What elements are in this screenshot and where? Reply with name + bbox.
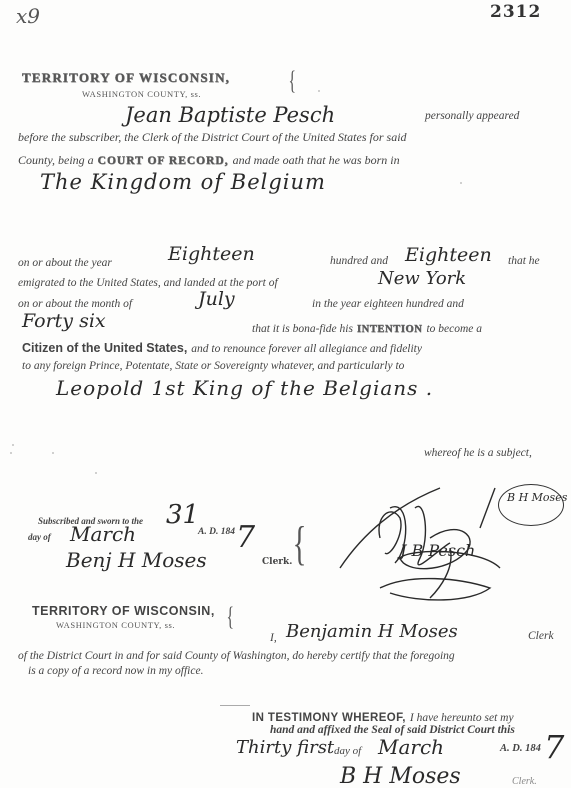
sovereign-period: . [426, 376, 433, 400]
subject-line: whereof he is a subject, [424, 447, 532, 459]
header-brace: { [288, 68, 295, 94]
record-number: 2312 [490, 2, 541, 22]
scan-speck [12, 444, 14, 446]
cert-line2: of the District Court in and for said Co… [18, 650, 455, 662]
oath-month: March [70, 522, 136, 546]
testimony-rule [220, 705, 250, 706]
year-mid-text: hundred and [330, 255, 388, 267]
scan-speck [318, 90, 320, 92]
renounce-text: and to renounce forever all allegiance a… [191, 343, 422, 355]
applicant-name: Jean Baptiste Pesch [125, 103, 335, 127]
birth-year: Eighteen [405, 244, 492, 266]
year-pre-text: on or about the year [18, 257, 112, 269]
arrival-month: July [198, 288, 235, 310]
arrival-year: Forty six [22, 310, 106, 332]
cert-line3: is a copy of a record now in my office. [28, 665, 203, 677]
clerk-label: Clerk. [262, 557, 292, 567]
oath-brace: { [293, 520, 307, 568]
scan-speck [10, 452, 12, 454]
citizen-line: Citizen of the United States, and to ren… [22, 339, 422, 357]
birth-century: Eighteen [168, 243, 255, 265]
county-being-text: County, being a [18, 153, 94, 167]
emigrated-text: emigrated to the United States, and land… [18, 277, 278, 289]
month-pre-text: on or about the month of [18, 298, 132, 310]
birthplace: The Kingdom of Belgium [40, 170, 326, 194]
that-he-text: that he [508, 255, 540, 267]
testimony-heading: IN TESTIMONY WHEREOF, [252, 712, 406, 724]
seal-text: B H Moses [507, 491, 567, 504]
scan-speck [95, 472, 97, 474]
scan-speck [460, 182, 462, 184]
sovereign-text: Leopold 1st King of the Belgians [56, 376, 418, 400]
testimony-day-of: day of [334, 745, 361, 757]
oath-year-digit: 7 [236, 520, 255, 555]
clerk-signature: Benj H Moses [66, 548, 207, 572]
cert-territory-heading: TERRITORY OF WISCONSIN, [32, 604, 215, 618]
county-heading: WASHINGTON COUNTY, ss. [82, 89, 201, 99]
testimony-line1-text: I have hereunto set my [410, 712, 514, 724]
testimony-clerk-label: Clerk. [512, 776, 537, 787]
cert-clerk-name: Benjamin H Moses [286, 621, 458, 642]
cert-clerk-word: Clerk [528, 630, 554, 642]
intention-word: INTENTION [357, 324, 423, 335]
day-of-label: day of [28, 532, 51, 542]
cert-brace: { [226, 604, 233, 630]
month-post-text: in the year eighteen hundred and [312, 298, 464, 310]
scan-speck [52, 452, 54, 454]
port-of-arrival: New York [378, 268, 466, 289]
svg-text:J B Pesch: J B Pesch [397, 541, 475, 560]
cert-county-heading: WASHINGTON COUNTY, ss. [56, 620, 175, 630]
court-seal: B H Moses [498, 484, 564, 526]
oath-ad-label: A. D. 184 [198, 527, 235, 537]
territory-heading: TERRITORY OF WISCONSIN, [22, 70, 230, 86]
testimony-ad-label: A. D. 184 [500, 743, 541, 754]
testimony-year-digit: 7 [544, 728, 564, 766]
court-of-record-text: COURT OF RECORD, [98, 155, 229, 167]
court-record-line: County, being a COURT OF RECORD, and mad… [18, 151, 400, 169]
made-oath-text: and made oath that he was born in [233, 153, 400, 167]
citizen-bold-text: Citizen of the United States, [22, 341, 187, 355]
intention-pre-text: that it is bona-fide his [252, 323, 353, 335]
intention-line: that it is bona-fide his INTENTION to be… [252, 319, 482, 337]
personally-appeared-text: personally appeared [425, 110, 519, 122]
oath-day-number: 31 [166, 500, 199, 530]
corner-mark: x9 [16, 4, 40, 28]
subscriber-line: before the subscriber, the Clerk of the … [18, 130, 407, 145]
sovereign-name: Leopold 1st King of the Belgians . [56, 376, 433, 400]
intention-post-text: to become a [426, 323, 482, 335]
testimony-day-written: Thirty first [236, 737, 334, 758]
testimony-signature: B H Moses [340, 764, 461, 788]
cert-i-label: I, [270, 632, 277, 644]
testimony-month: March [378, 735, 444, 759]
foreign-prince-line: to any foreign Prince, Potentate, State … [22, 360, 404, 372]
